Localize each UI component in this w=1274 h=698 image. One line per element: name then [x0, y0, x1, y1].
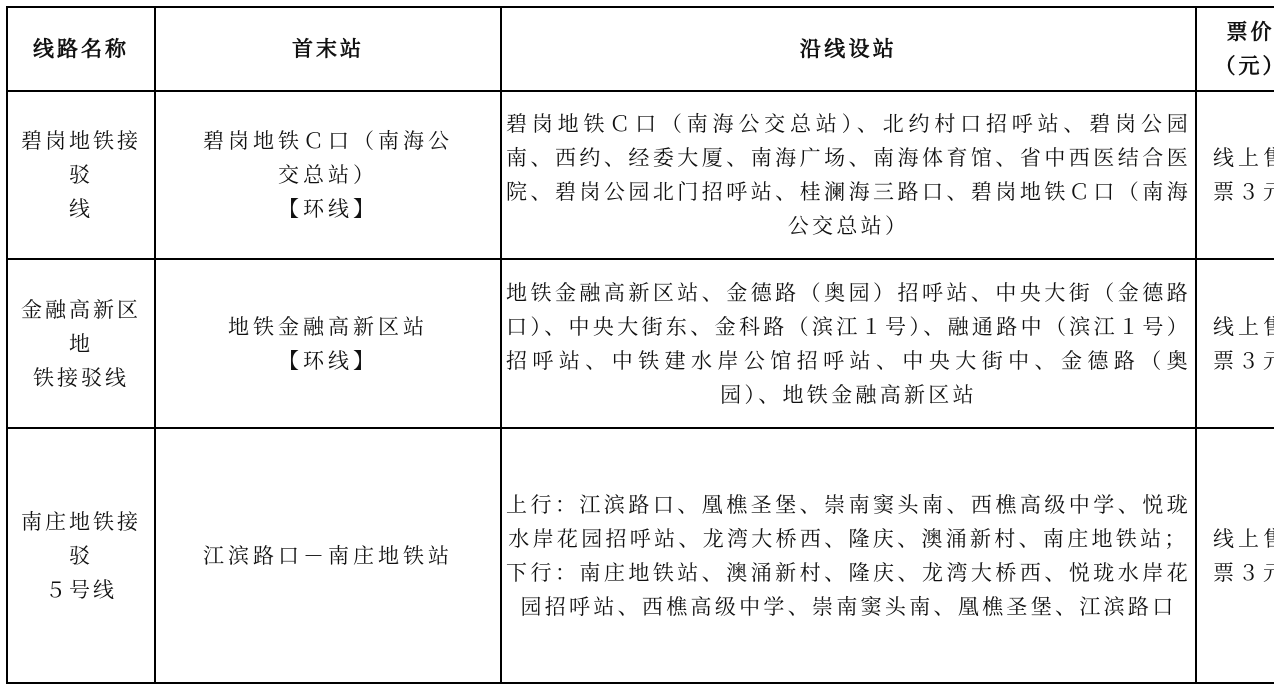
stops-downbound: 下行：南庄地铁站、澳涌新村、隆庆、龙湾大桥西、悦珑水岸花园招呼站、西樵高级中学、… — [506, 556, 1191, 624]
price-line: 票３元 — [1199, 556, 1274, 590]
table-row: 南庄地铁接驳 ５号线 江滨路口－南庄地铁站 上行：江滨路口、凰樵圣堡、崇南窦头南… — [7, 428, 1274, 683]
header-route-name: 线路名称 — [7, 7, 155, 91]
route-name-cell: 南庄地铁接驳 ５号线 — [7, 428, 155, 683]
route-name-line: 南庄地铁接驳 — [10, 505, 152, 573]
route-name-line: 碧岗地铁接驳 — [10, 124, 152, 192]
price-cell: 线上售 票３元 — [1196, 428, 1274, 683]
price-cell: 线上售 票３元 — [1196, 259, 1274, 428]
header-stops: 沿线设站 — [501, 7, 1196, 91]
price-line: 线上售 — [1199, 141, 1274, 175]
price-line: 线上售 — [1199, 522, 1274, 556]
route-name-line: ５号线 — [10, 573, 152, 607]
price-line: 票３元 — [1199, 175, 1274, 209]
route-name-line: 线 — [10, 192, 152, 226]
stops-upbound: 上行：江滨路口、凰樵圣堡、崇南窦头南、西樵高级中学、悦珑水岸花园招呼站、龙湾大桥… — [506, 488, 1191, 556]
loop-tag: 【环线】 — [162, 192, 494, 226]
route-name-line: 铁接驳线 — [10, 361, 152, 395]
terminals-line: 江滨路口－南庄地铁站 — [162, 539, 494, 573]
price-line: 线上售 — [1199, 310, 1274, 344]
stops-cell: 碧岗地铁Ｃ口（南海公交总站）、北约村口招呼站、碧岗公园南、西约、经委大厦、南海广… — [501, 91, 1196, 259]
table-header-row: 线路名称 首末站 沿线设站 票价 （元） — [7, 7, 1274, 91]
terminals-cell: 江滨路口－南庄地铁站 — [155, 428, 501, 683]
header-price-line-1: 票价 — [1199, 15, 1274, 49]
table-row: 金融高新区地 铁接驳线 地铁金融高新区站 【环线】 地铁金融高新区站、金德路（奥… — [7, 259, 1274, 428]
bus-route-table: 线路名称 首末站 沿线设站 票价 （元） 碧岗地铁接驳 线 碧岗地铁Ｃ口（南海公… — [6, 6, 1274, 684]
route-name-cell: 碧岗地铁接驳 线 — [7, 91, 155, 259]
stops-cell: 地铁金融高新区站、金德路（奥园）招呼站、中央大街（金德路口）、中央大街东、金科路… — [501, 259, 1196, 428]
stops-cell: 上行：江滨路口、凰樵圣堡、崇南窦头南、西樵高级中学、悦珑水岸花园招呼站、龙湾大桥… — [501, 428, 1196, 683]
price-cell: 线上售 票３元 — [1196, 91, 1274, 259]
terminals-line: 交总站） — [162, 158, 494, 192]
terminals-line: 碧岗地铁Ｃ口（南海公 — [162, 124, 494, 158]
route-name-cell: 金融高新区地 铁接驳线 — [7, 259, 155, 428]
header-terminals: 首末站 — [155, 7, 501, 91]
price-line: 票３元 — [1199, 344, 1274, 378]
route-name-line: 金融高新区地 — [10, 293, 152, 361]
table-row: 碧岗地铁接驳 线 碧岗地铁Ｃ口（南海公 交总站） 【环线】 碧岗地铁Ｃ口（南海公… — [7, 91, 1274, 259]
header-price-line-2: （元） — [1199, 49, 1274, 83]
loop-tag: 【环线】 — [162, 344, 494, 378]
terminals-cell: 地铁金融高新区站 【环线】 — [155, 259, 501, 428]
terminals-cell: 碧岗地铁Ｃ口（南海公 交总站） 【环线】 — [155, 91, 501, 259]
terminals-line: 地铁金融高新区站 — [162, 310, 494, 344]
header-price: 票价 （元） — [1196, 7, 1274, 91]
